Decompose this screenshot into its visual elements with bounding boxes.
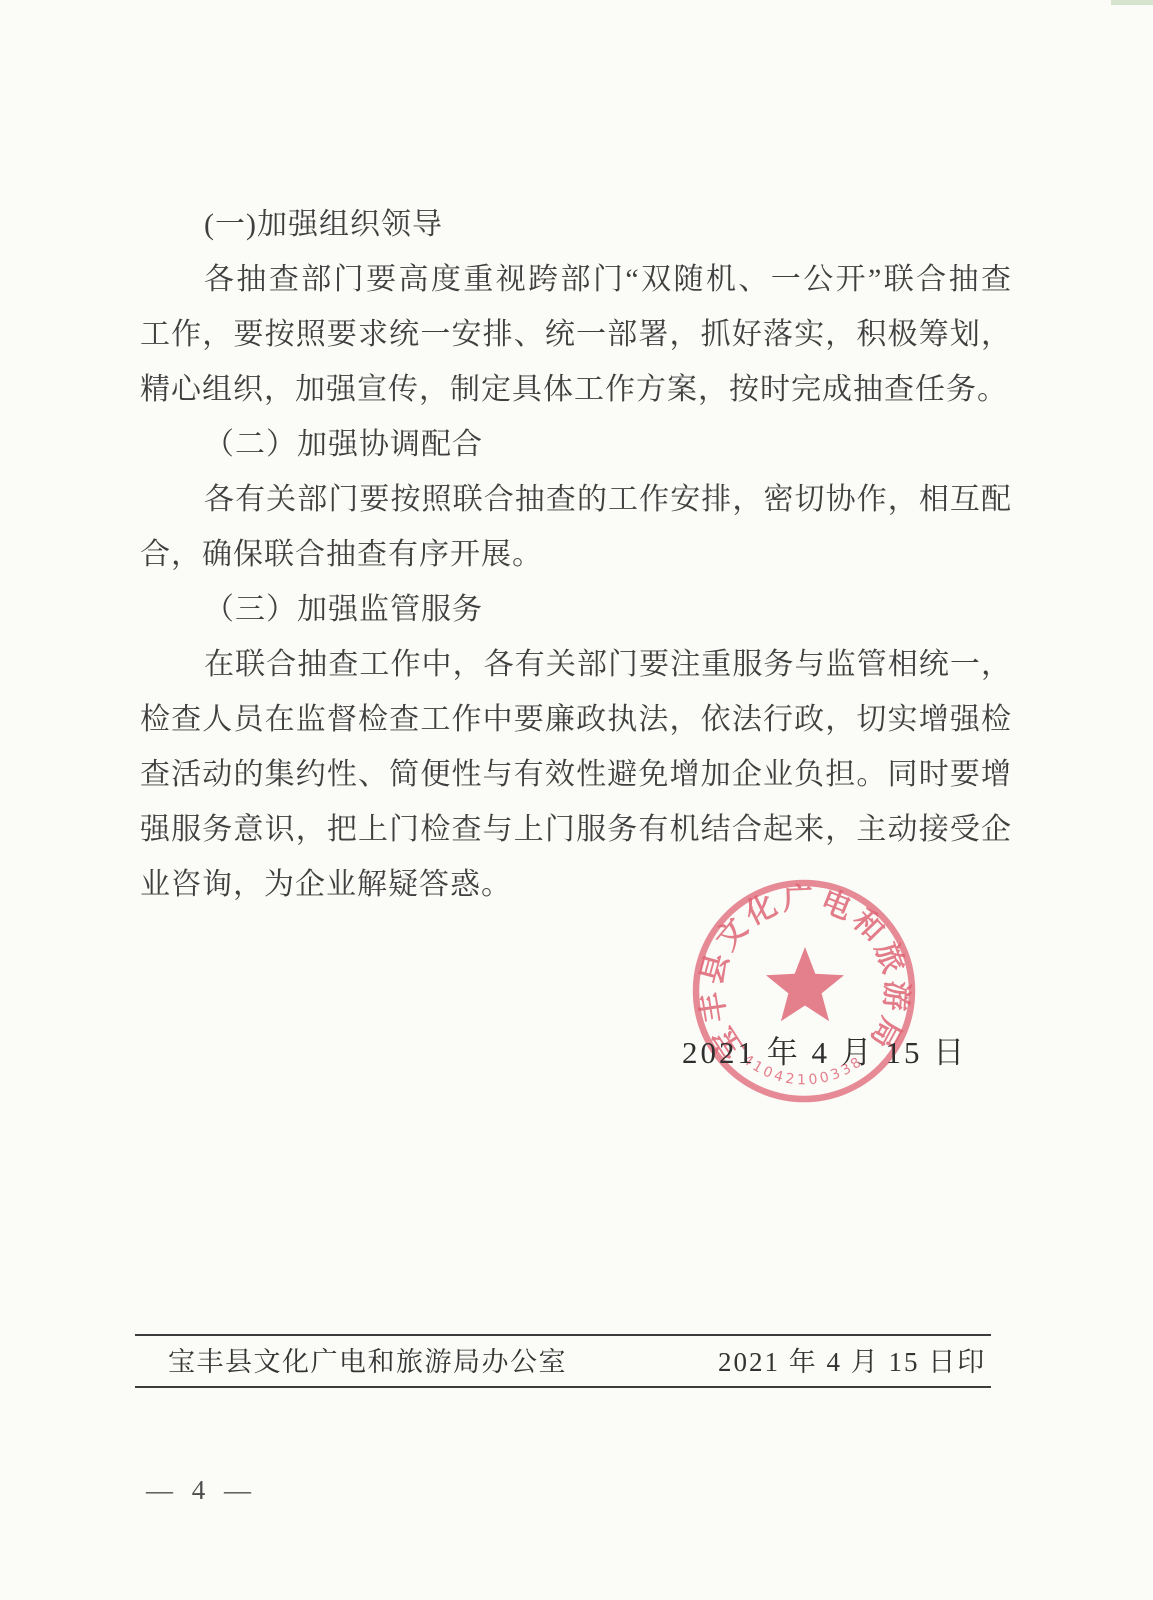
page-number: — 4 — (146, 1472, 257, 1508)
paragraph-line: 检查人员在监督检查工作中要廉政执法，依法行政，切实增强检 (140, 692, 1012, 747)
section-heading: (一)加强组织领导 (140, 197, 1012, 252)
issue-date: 2021 年 4 月 15 日 (682, 1033, 967, 1073)
paragraph-line: 各抽查部门要高度重视跨部门“双随机、一公开”联合抽查 (140, 252, 1012, 307)
footer-office: 宝丰县文化广电和旅游局办公室 (168, 1340, 567, 1384)
footer-rule-bottom (135, 1386, 991, 1388)
footer-rule-top (135, 1334, 991, 1336)
scan-edge-artifact (1111, 0, 1153, 5)
paragraph-line: 合，确保联合抽查有序开展。 (140, 527, 1012, 582)
paragraph-line: 查活动的集约性、简便性与有效性避免增加企业负担。同时要增 (140, 747, 1012, 802)
paragraph-line: 精心组织，加强宣传，制定具体工作方案，按时完成抽查任务。 (140, 362, 1012, 417)
document-body: (一)加强组织领导各抽查部门要高度重视跨部门“双随机、一公开”联合抽查工作，要按… (140, 197, 1012, 912)
paragraph-line: 在联合抽查工作中，各有关部门要注重服务与监管相统一， (140, 637, 1012, 692)
seal-star-icon (766, 947, 844, 1021)
paragraph-line: 工作，要按照要求统一安排、统一部署，抓好落实，积极筹划， (140, 307, 1012, 362)
section-heading: （三）加强监管服务 (140, 582, 1012, 637)
footer-print-date: 2021 年 4 月 15 日印 (718, 1340, 986, 1384)
page: (一)加强组织领导各抽查部门要高度重视跨部门“双随机、一公开”联合抽查工作，要按… (0, 0, 1153, 1600)
paragraph-line: 强服务意识，把上门检查与上门服务有机结合起来，主动接受企 (140, 802, 1012, 857)
paragraph-line: 各有关部门要按照联合抽查的工作安排，密切协作，相互配 (140, 472, 1012, 527)
section-heading: （二）加强协调配合 (140, 417, 1012, 472)
